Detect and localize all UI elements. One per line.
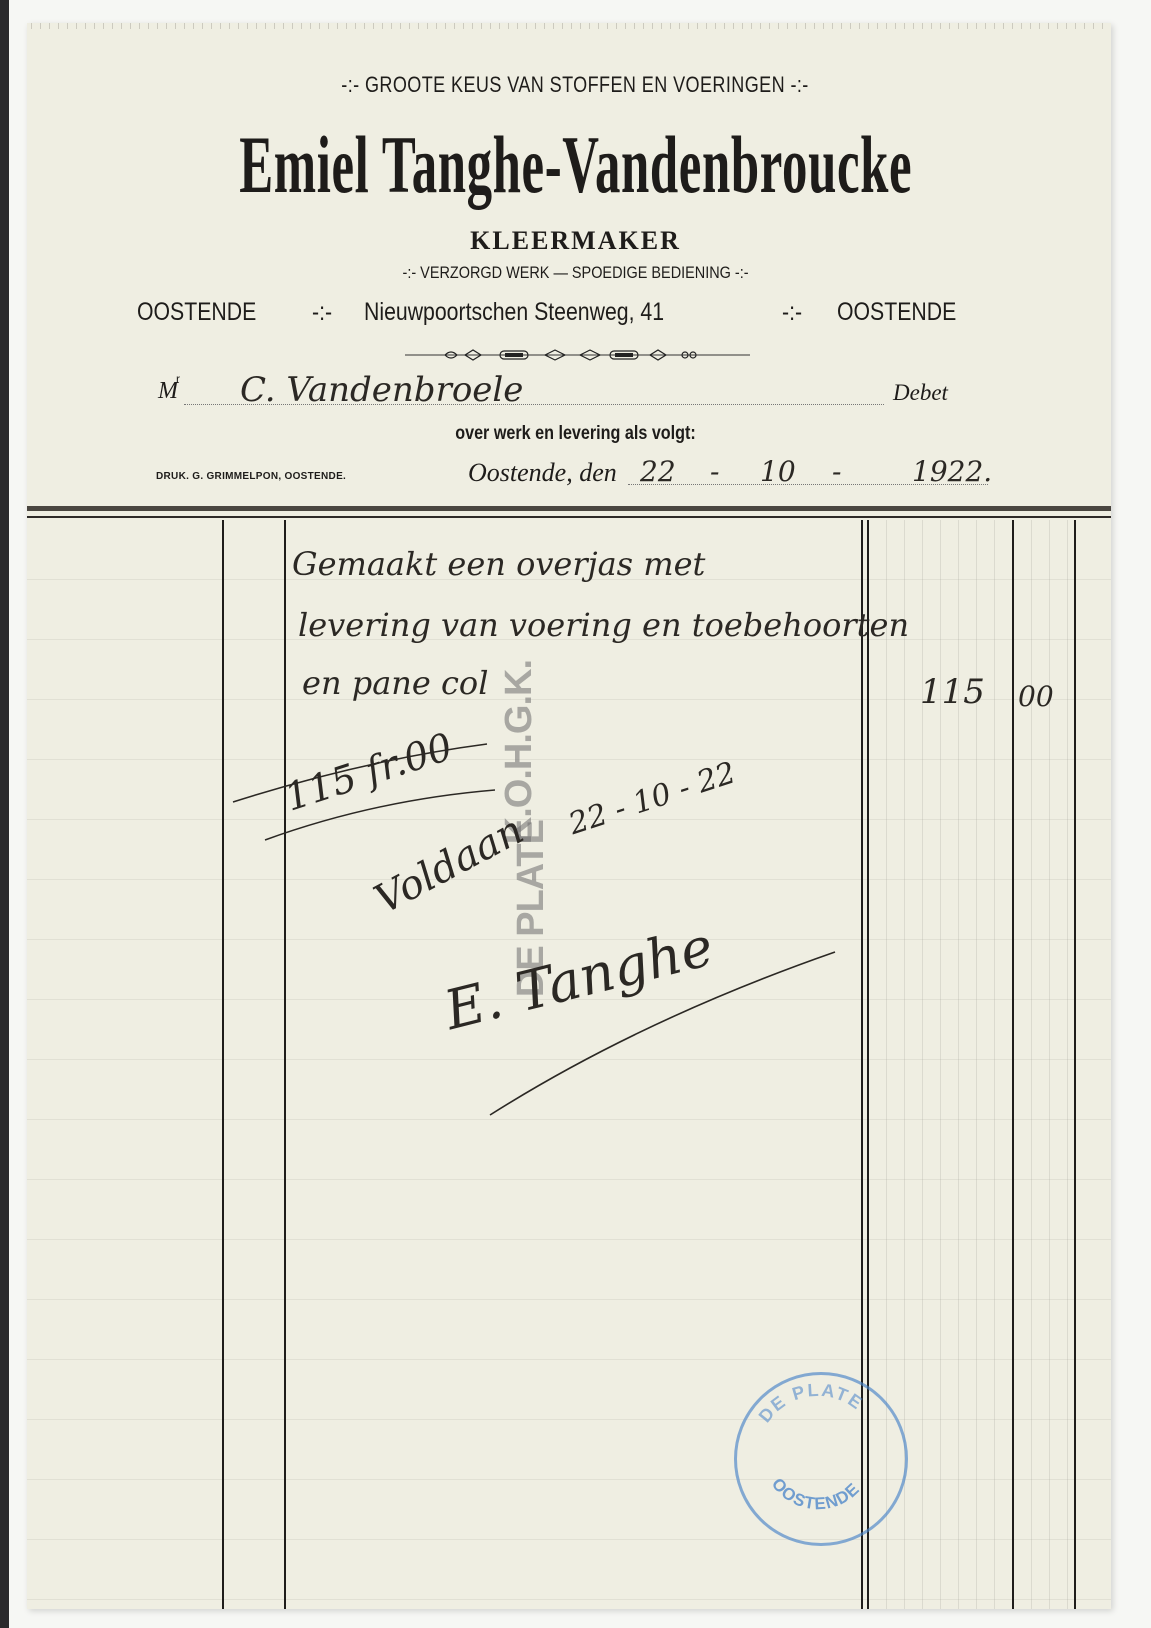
- printer-credit: DRUK. G. GRIMMELPON, OOSTENDE.: [156, 471, 346, 482]
- ledger-line-right: [1074, 520, 1076, 1609]
- ledger-line-date-left: [222, 520, 224, 1609]
- date-dash-1: -: [710, 455, 719, 488]
- ledger-line-cents: [1012, 520, 1014, 1609]
- subheading: over werk en levering als volgt:: [0, 423, 1151, 445]
- city-right: OOSTENDE: [837, 298, 977, 327]
- ornament-divider-icon: [405, 348, 750, 362]
- line-item-cents: 00: [1018, 680, 1054, 713]
- ledger-line-date-right: [284, 520, 286, 1609]
- city-left: OOSTENDE: [137, 298, 277, 327]
- line-item-text-3: en pane col: [302, 664, 488, 702]
- date-year: 1922.: [912, 455, 992, 488]
- slogan: -:- VERZORGD WERK — SPOEDIGE BEDIENING -…: [0, 263, 1151, 283]
- date-month: 10: [760, 455, 796, 488]
- date-day: 22: [640, 455, 676, 488]
- svg-text:OOSTENDE: OOSTENDE: [768, 1474, 864, 1513]
- de-plate-stamp: DE PLATE OOSTENDE: [734, 1372, 908, 1546]
- date-place-label: Oostende, den: [468, 458, 617, 488]
- tagline: -:- GROOTE KEUS VAN STOFFEN EN VOERINGEN…: [0, 72, 1151, 98]
- line-item-text-1: Gemaakt een overjas met: [292, 545, 705, 583]
- customer-prefix: M: [158, 378, 178, 405]
- business-name: Emiel Tanghe-Vandenbroucke: [0, 118, 1151, 212]
- debet-label: Debet: [893, 380, 948, 406]
- address-separator-right: -:-: [782, 298, 806, 327]
- address-separator-left: -:-: [312, 298, 336, 327]
- line-item-amount: 115: [920, 672, 985, 712]
- header-rule-thick: [27, 506, 1111, 511]
- date-dash-2: -: [832, 455, 841, 488]
- header-rule-thin: [27, 516, 1111, 518]
- line-item-text-2: levering van voering en toebehoorten: [298, 606, 909, 644]
- street-address: Nieuwpoortschen Steenweg, 41: [364, 298, 717, 327]
- stamp-text-icon: DE PLATE OOSTENDE: [734, 1372, 902, 1540]
- trade-title: KLEERMAKER: [0, 226, 1151, 256]
- customer-name: C. Vandenbroele: [240, 370, 523, 410]
- signature-flourish: [480, 940, 840, 1120]
- svg-text:DE PLATE: DE PLATE: [755, 1380, 868, 1426]
- customer-prefix-sup: r: [176, 372, 180, 386]
